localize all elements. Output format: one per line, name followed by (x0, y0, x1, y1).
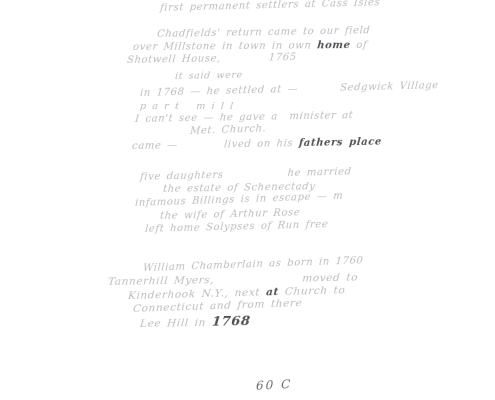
handwriting-segment: it said were (175, 71, 243, 82)
handwriting-line: Met. Church. (190, 124, 267, 137)
handwriting-line: it said were (175, 71, 243, 82)
handwriting-segment: home (317, 41, 351, 51)
handwriting-segment: Met. Church. (190, 124, 267, 137)
handwriting-segment: first permanent settlers at Cass Isles (160, 0, 381, 14)
handwriting-segment: Church to (279, 285, 346, 297)
handwriting-segment: 1768 (211, 315, 251, 329)
handwriting-segment: 1765 (268, 53, 297, 64)
handwriting-line: p a r t m i l l (140, 102, 235, 112)
handwriting-line: left home Solypses of Run free (145, 220, 329, 235)
handwriting-line: I can't see — he gave a minister at (135, 111, 354, 125)
handwriting-segment: Shotwell House, (127, 54, 222, 66)
handwriting-segment: I can't see — he gave a minister at (135, 111, 354, 125)
handwriting-segment: Chadfields' return came to our field (157, 26, 371, 40)
handwriting-segment: of (350, 41, 368, 51)
handwriting-segment: left home Solypses of Run free (145, 220, 329, 235)
page-number-mark: 60 C (256, 377, 293, 393)
handwriting-segment: he married (287, 167, 352, 179)
handwriting-line: came — lived on his fathers place (132, 138, 383, 152)
handwriting-segment: Lee Hill in (139, 318, 212, 330)
handwriting-segment: Sedgwick Village (340, 81, 439, 94)
handwriting-line: five daughtershe married (140, 167, 352, 183)
handwriting-segment: came — lived on his (132, 139, 300, 152)
handwriting-line: Chadfields' return came to our field (157, 26, 371, 40)
handwriting-segment: in 1768 — he settled at — (140, 85, 299, 99)
handwriting-segment: at (266, 287, 280, 298)
handwriting-segment: p a r t m i l l (140, 102, 235, 112)
handwriting-line: in 1768 — he settled at —Sedgwick Villag… (140, 81, 439, 99)
handwriting-line: Shotwell House,1765 (127, 53, 298, 66)
handwriting-segment: fathers place (298, 138, 382, 149)
handwriting-segment: five daughters (140, 171, 224, 183)
handwriting-segment: moved to (302, 273, 359, 284)
handwriting-line: Lee Hill in 1768 (139, 315, 251, 330)
handwriting-segment: Tannerhill Myers, (108, 275, 215, 287)
handwriting-layer: first permanent settlers at Cass IslesCh… (0, 0, 495, 400)
handwriting-line: over Millstone in town in own home of (133, 41, 368, 53)
handwriting-line: first permanent settlers at Cass Isles (160, 0, 381, 14)
scanned-handwritten-page: first permanent settlers at Cass IslesCh… (0, 0, 495, 400)
